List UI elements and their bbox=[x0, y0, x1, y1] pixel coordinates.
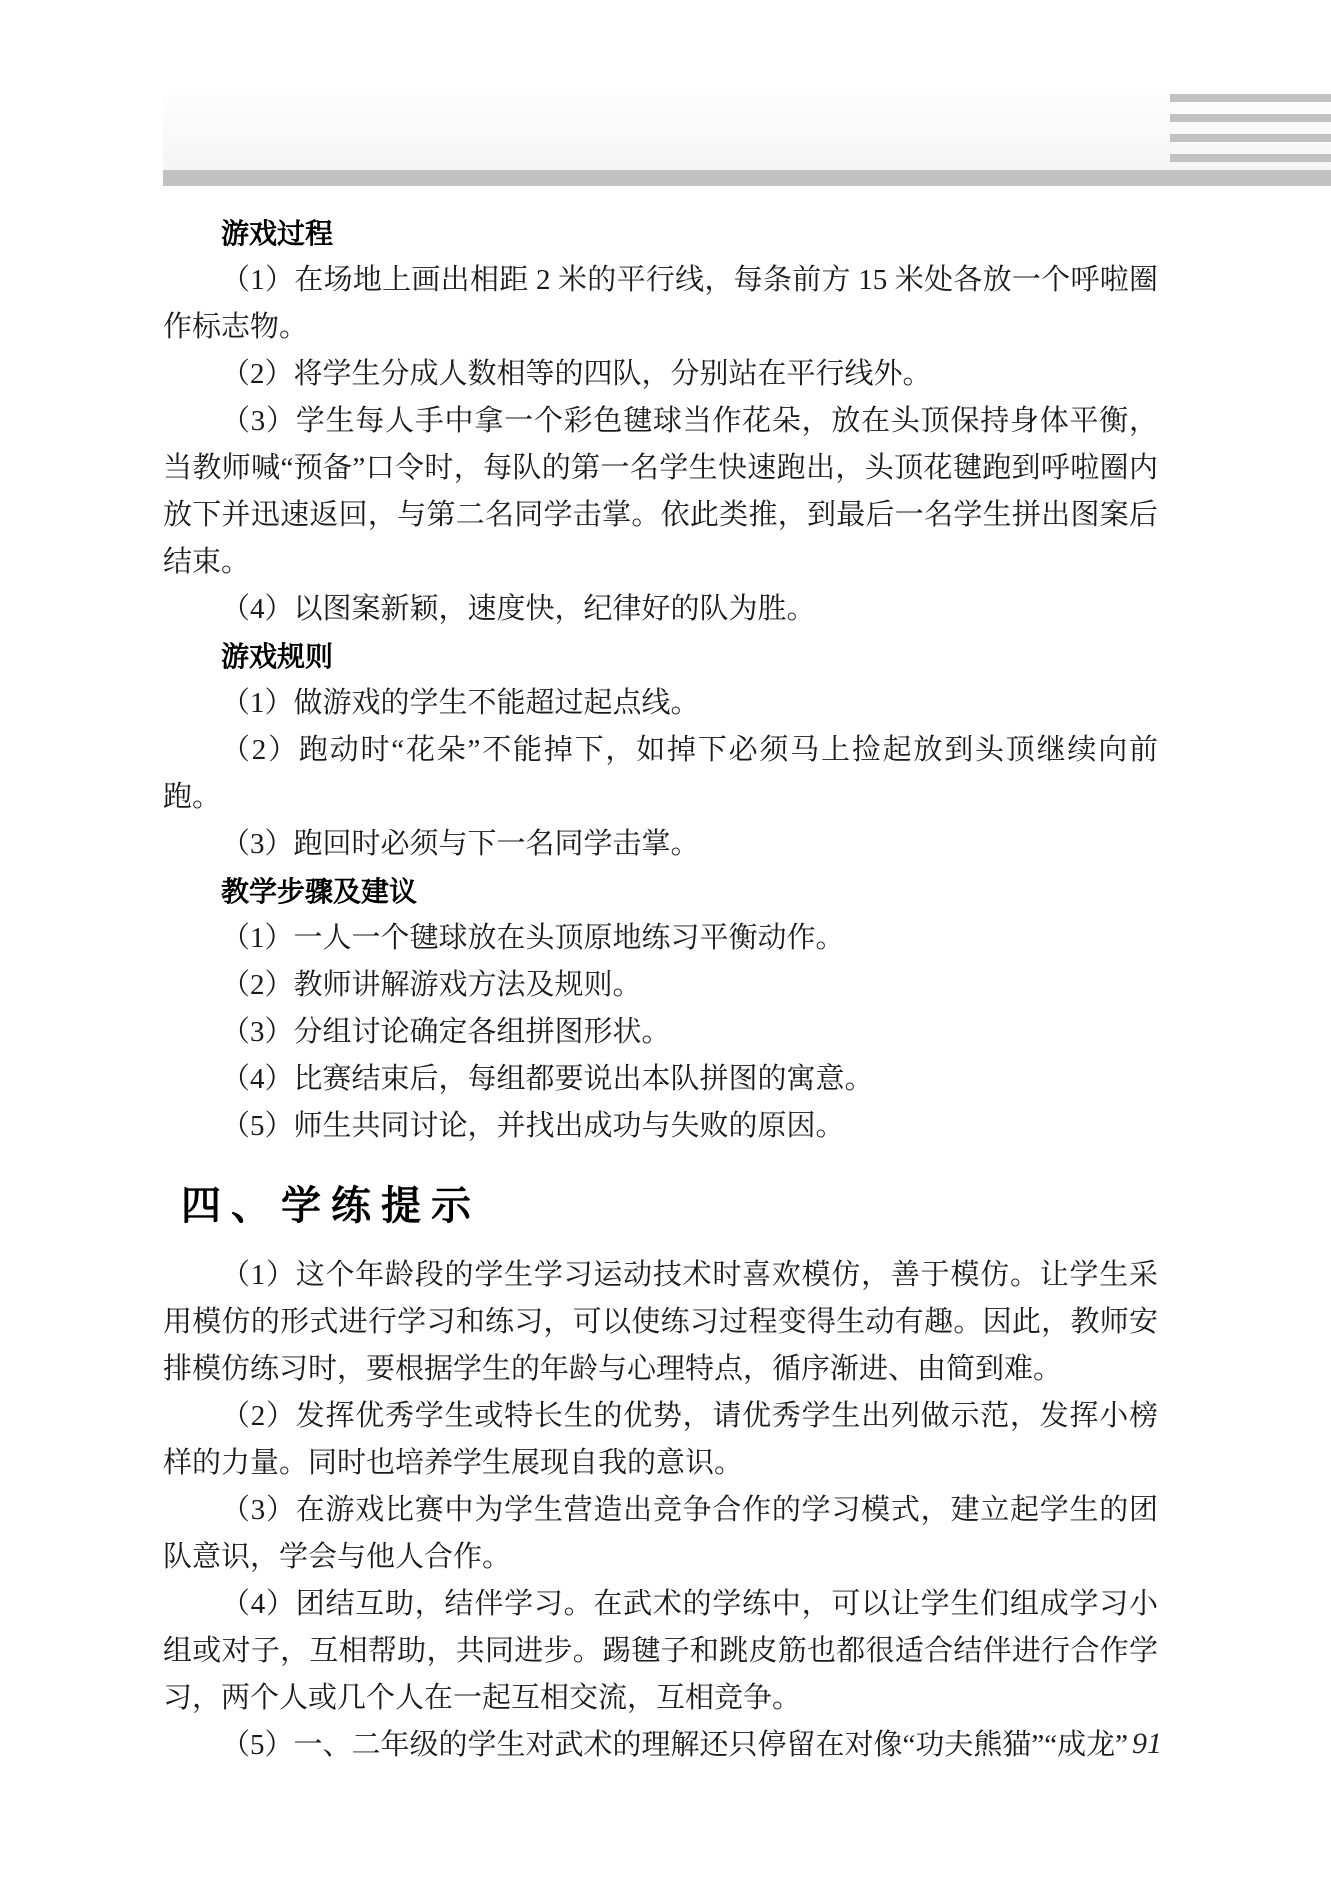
paragraph: （1）一人一个毽球放在头顶原地练习平衡动作。 bbox=[163, 915, 1158, 962]
paragraph: （2）将学生分成人数相等的四队，分别站在平行线外。 bbox=[163, 351, 1158, 398]
section-heading-game-process: 游戏过程 bbox=[163, 210, 1158, 257]
header-stripe-4 bbox=[1170, 154, 1331, 162]
paragraph: （4）以图案新颖，速度快，纪律好的队为胜。 bbox=[163, 586, 1158, 633]
header-band bbox=[163, 95, 1331, 170]
header-stripe-3 bbox=[1170, 134, 1331, 142]
paragraph: （3）学生每人手中拿一个彩色毽球当作花朵，放在头顶保持身体平衡，当教师喊“预备”… bbox=[163, 398, 1158, 586]
content: 游戏过程 （1）在场地上画出相距 2 米的平行线，每条前方 15 米处各放一个呼… bbox=[163, 210, 1158, 1769]
paragraph: （1）做游戏的学生不能超过起点线。 bbox=[163, 680, 1158, 727]
paragraph: （2）发挥优秀学生或特长生的优势，请优秀学生出列做示范，发挥小榜样的力量。同时也… bbox=[163, 1393, 1158, 1487]
page-number: 91 bbox=[1132, 1727, 1162, 1761]
book-page: { "page": { "number": "91" }, "colors": … bbox=[0, 0, 1331, 1884]
header-stripe-2 bbox=[1170, 114, 1331, 122]
paragraph: （3）在游戏比赛中为学生营造出竞争合作的学习模式，建立起学生的团队意识，学会与他… bbox=[163, 1487, 1158, 1581]
paragraph: （2）跑动时“花朵”不能掉下，如掉下必须马上捡起放到头顶继续向前跑。 bbox=[163, 727, 1158, 821]
paragraph: （2）教师讲解游戏方法及规则。 bbox=[163, 962, 1158, 1009]
paragraph: （1）这个年龄段的学生学习运动技术时喜欢模仿，善于模仿。让学生采用模仿的形式进行… bbox=[163, 1252, 1158, 1393]
paragraph: （3）分组讨论确定各组拼图形状。 bbox=[163, 1009, 1158, 1056]
section-heading-game-rules: 游戏规则 bbox=[163, 633, 1158, 680]
chapter-heading-learning-tips: 四、学练提示 bbox=[163, 1176, 1158, 1236]
section-heading-teaching-steps: 教学步骤及建议 bbox=[163, 868, 1158, 915]
paragraph: （1）在场地上画出相距 2 米的平行线，每条前方 15 米处各放一个呼啦圈作标志… bbox=[163, 257, 1158, 351]
paragraph: （4）团结互助，结伴学习。在武术的学练中，可以让学生们组成学习小组或对子，互相帮… bbox=[163, 1581, 1158, 1722]
paragraph: （5）师生共同讨论，并找出成功与失败的原因。 bbox=[163, 1103, 1158, 1150]
paragraph: （5）一、二年级的学生对武术的理解还只停留在对像“功夫熊猫”“成龙” bbox=[163, 1722, 1158, 1769]
paragraph: （4）比赛结束后，每组都要说出本队拼图的寓意。 bbox=[163, 1056, 1158, 1103]
paragraph: （3）跑回时必须与下一名同学击掌。 bbox=[163, 821, 1158, 868]
header-stripe-1 bbox=[1170, 94, 1331, 102]
header-rule-bar bbox=[163, 170, 1331, 186]
